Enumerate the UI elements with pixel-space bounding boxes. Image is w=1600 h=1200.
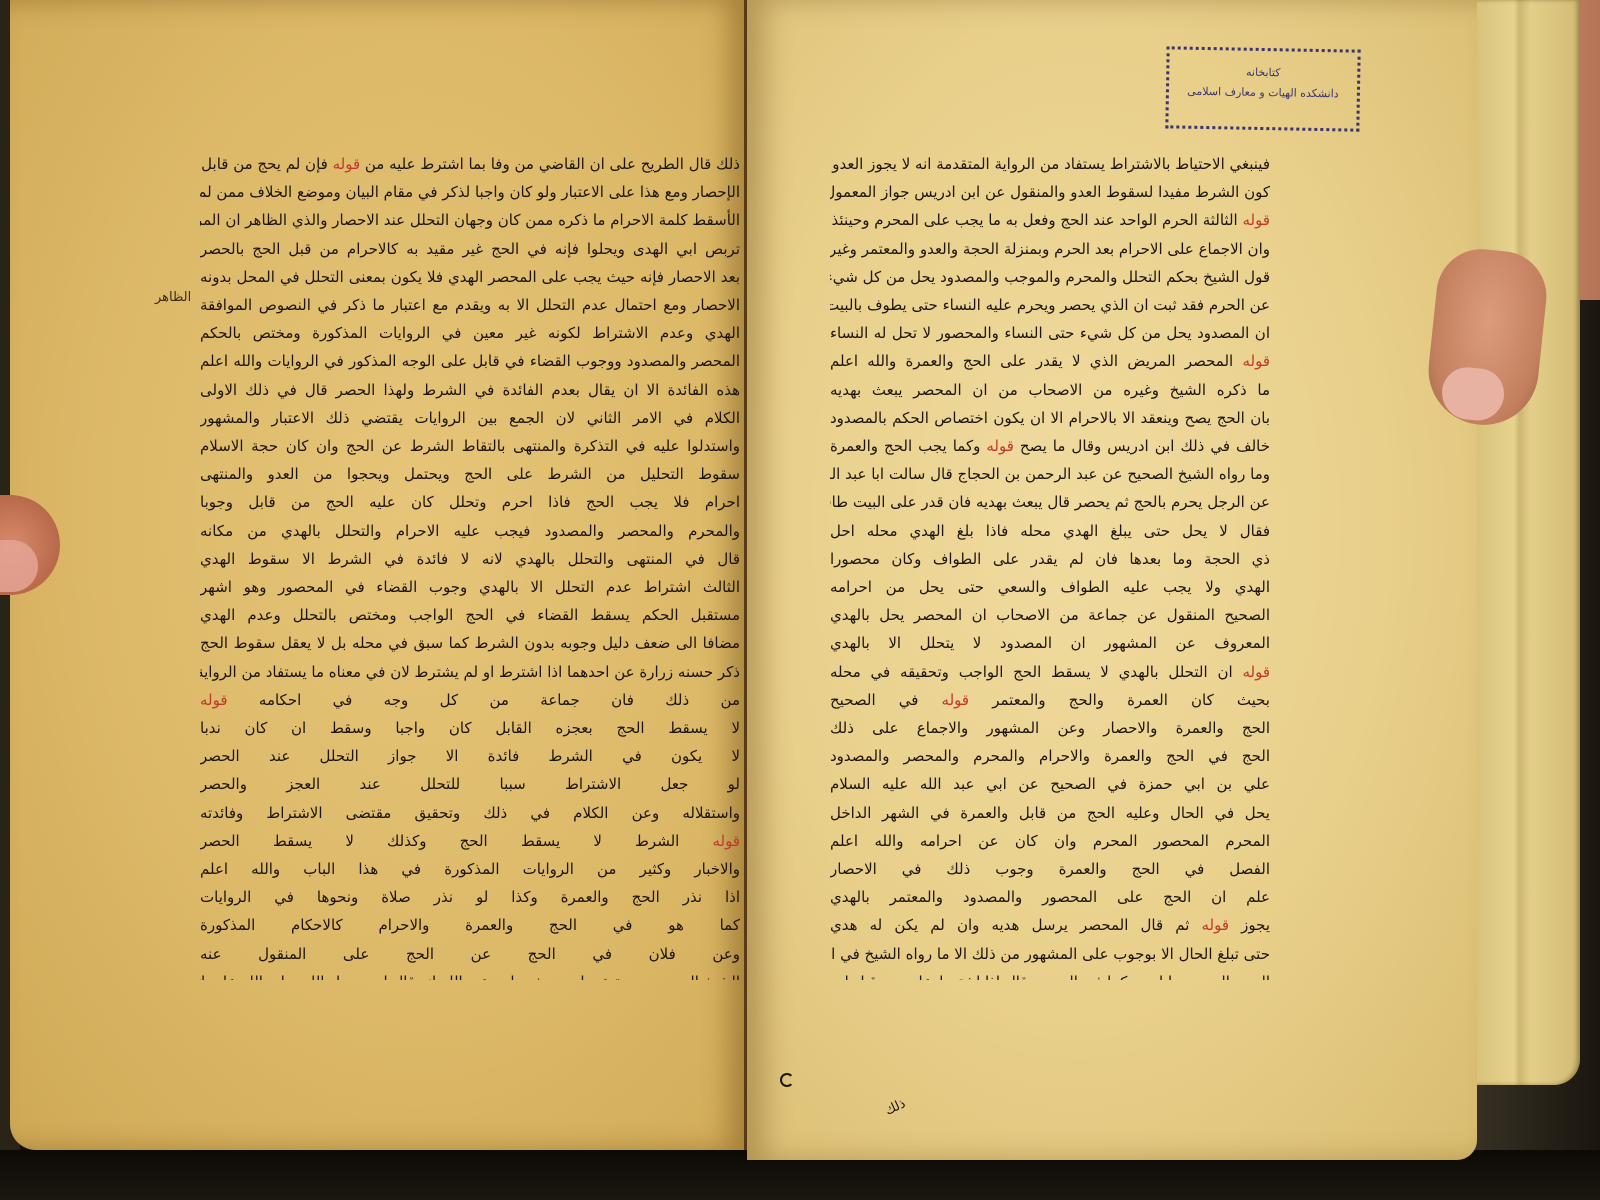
manuscript-line: الاحصار ومع احتمال عدم التحلل الا به ويق… [200,291,740,319]
manuscript-line: لا يسقط الحج بعجزه القابل كان واجبا وسقط… [200,714,740,742]
manuscript-line: سقوط التحليل من الشرط على الحج ويحتمل وي… [200,460,740,488]
manuscript-line: واستقلاله وعن الكلام في ذلك وتحقيق مقتضى… [200,799,740,827]
right-page-text: فينبغي الاحتياط بالاشتراط يستفاد من الرو… [830,150,1270,980]
manuscript-line: ذي الحجة وما بعدها فان لم يقدر على الطوا… [830,545,1270,573]
manuscript-line: الهدي ولا يجب عليه الطواف والسعي حتى يحل… [830,573,1270,601]
rubric-word: قوله [200,691,228,709]
manuscript-line: كون الشرط مفيدا لسقوط العدو والمنقول عن … [830,178,1270,206]
marginal-note: الظاهر [155,290,191,305]
manuscript-line: كما هو في الحج والعمرة والاحرام كالاحكام… [200,911,740,939]
manuscript-line: ان المصدود يحل من كل شيء حتى النساء والم… [830,319,1270,347]
manuscript-line: لو جعل الاشتراط سببا للتحلل عند العجز وا… [200,770,740,798]
rubric-word: قوله [1242,352,1270,370]
manuscript-line: قوله الثالثة الحرم الواحد عند الحج وفعل … [830,206,1270,234]
manuscript-photo: کتابخانه دانشکده الهیات و معارف اسلامی ا… [0,0,1600,1200]
manuscript-line: يجوز قوله ثم قال المحصر يرسل هديه وان لم… [830,911,1270,939]
manuscript-line: هذه الفائدة الا ان يقال بعدم الفائدة في … [200,376,740,404]
manuscript-line: خالف في ذلك ابن ادريس وقال ما يصح قوله و… [830,432,1270,460]
manuscript-line: والمحرم والمحصر والمصدود فيجب عليه الاحر… [200,517,740,545]
library-stamp: کتابخانه دانشکده الهیات و معارف اسلامی [1165,46,1360,131]
manuscript-line: عن الحرم فقد ثبت ان الذي يحصر ويحرم عليه… [830,291,1270,319]
manuscript-line: الشيخ الصحيح حمزة عن ابي جعفر وابيه عبد … [200,968,740,980]
manuscript-line: قوله المحصر المريض الذي لا يقدر على الحج… [830,347,1270,375]
left-page-text: ذلك قال الطريح على ان القاضي من وفا بما … [200,150,740,980]
manuscript-line: بان الحج يصح وينعقد الا بالاحرام الا ان … [830,404,1270,432]
manuscript-line: المعروف عن المشهور ان المصدود لا يتحلل ا… [830,629,1270,657]
manuscript-line: الثالث اشتراط عدم التحلل الا بالهدي وجوب… [200,573,740,601]
manuscript-line: الكلام في الامر الثاني لان الجمع بين الر… [200,404,740,432]
manuscript-line: الصحيح المنقول عن جماعة من الاصحاب ان ال… [830,601,1270,629]
manuscript-line: الحج والحصر بما احرم كما في الصحيح قال ا… [830,968,1270,980]
manuscript-line: فقال لا يحل حتى يبلغ الهدي محله فاذا بلغ… [830,517,1270,545]
rubric-word: قوله [1202,916,1230,934]
rubric-word: قوله [1242,211,1270,229]
manuscript-line: مضافا الى ضعف دليل وجوبه بدون الشرط كما … [200,629,740,657]
manuscript-line: بحيث كان العمرة والحج والمعتمر قوله في ا… [830,686,1270,714]
manuscript-line: قول الشيخ بحكم التحلل والمحرم والموجب وا… [830,263,1270,291]
rubric-word: قوله [942,691,970,709]
rubric-word: قوله [333,155,361,173]
manuscript-line: بعد الاحصار فإنه حيث يجب على المحصر الهد… [200,263,740,291]
manuscript-line: الفصل في الحج والعمرة وجوب ذلك في الاحصا… [830,855,1270,883]
rubric-word: قوله [712,832,740,850]
manuscript-line: اذا نذر الحج والعمرة وكذا لو نذر صلاة ون… [200,883,740,911]
manuscript-line: المحرم المحصور المحرم وان كان عن احرامه … [830,827,1270,855]
manuscript-line: وعن فلان في الحج عن الحج على المنقول عنه [200,940,740,968]
manuscript-line: الحج في الحج والعمرة والاحرام والمحرم وا… [830,742,1270,770]
manuscript-line: المحصر والمصدود ووجوب القضاء في قابل على… [200,347,740,375]
manuscript-line: قوله ان التحلل بالهدي لا يسقط الحج الواج… [830,658,1270,686]
manuscript-line: تربص ابي الهدى ويحلوا فإنه في الحج غير م… [200,235,740,263]
manuscript-line: من ذلك فان جماعة من كل وجه في احكامه قول… [200,686,740,714]
manuscript-line: وما رواه الشيخ الصحيح عن عبد الرحمن بن ا… [830,460,1270,488]
manuscript-line: والاخبار وكثير من الروايات المذكورة في ه… [200,855,740,883]
rubric-word: قوله [986,437,1014,455]
manuscript-line: حتى تبلغ الحال الا بوجوب على المشهور من … [830,940,1270,968]
manuscript-line: مستقبل الحكم يسقط القضاء في الحج الواجب … [200,601,740,629]
manuscript-line: الحج والعمرة والاحصار وعن المشهور والاجم… [830,714,1270,742]
manuscript-line: ذلك قال الطريح على ان القاضي من وفا بما … [200,150,740,178]
manuscript-line: الإحصار ومع هذا على الاعتبار ولو كان واج… [200,178,740,206]
manuscript-line: عن الرجل يحرم بالحج ثم يحصر قال يبعث بهد… [830,488,1270,516]
manuscript-line: واستدلوا عليه في التذكرة والمنتهى بالتقا… [200,432,740,460]
circle-mark [780,1073,794,1087]
manuscript-line: الأسقط كلمة الاحرام ما ذكره ممن كان وجها… [200,206,740,234]
manuscript-line: وان الاجماع على الاحرام بعد الحرم وبمنزل… [830,235,1270,263]
manuscript-line: لا يكون في الشرط فائدة الا جواز التحلل ع… [200,742,740,770]
manuscript-line: قال في المنتهى والتحلل بالهدي لانه لا فا… [200,545,740,573]
manuscript-line: فينبغي الاحتياط بالاشتراط يستفاد من الرو… [830,150,1270,178]
manuscript-line: علم ان الحج على المحصور والمصدود والمعتم… [830,883,1270,911]
manuscript-line: قوله الشرط لا يسقط الحج وكذلك لا يسقط ال… [200,827,740,855]
book-gutter [744,0,747,1150]
page-edges-stack [1470,0,1580,1085]
manuscript-line: علي بن ابي حمزة في الصحيح عن ابي عبد الل… [830,770,1270,798]
manuscript-line: يحل في الحال وعليه الحج من قابل والعمرة … [830,799,1270,827]
manuscript-line: احرام فلا يجب الحج فاذا احرم وتحلل كان ع… [200,488,740,516]
manuscript-line: ما ذكره الشيخ وغيره من الاصحاب من ان الم… [830,376,1270,404]
rubric-word: قوله [1242,663,1270,681]
manuscript-line: الهدي وعدم الاشتراط لكونه غير معين في ال… [200,319,740,347]
manuscript-line: ذكر حسنه زرارة عن احدهما اذا اشترط او لم… [200,658,740,686]
stamp-line-2: دانشکده الهیات و معارف اسلامی [1169,81,1357,104]
